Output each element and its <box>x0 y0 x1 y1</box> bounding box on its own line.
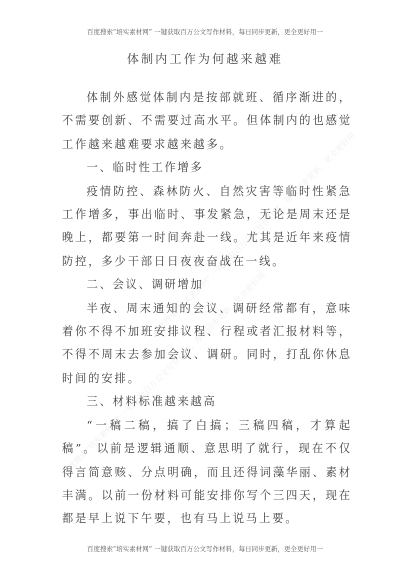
header-banner: 百度搜索“培实素材网” 一键获取百万公文写作材料，每日同步更新，更全更好用一 <box>0 27 410 36</box>
intro-paragraph: 体制外感觉体制内是按部就班、循序渐进的，不需要创新、不需要过高水平。但体制内的也… <box>62 86 352 156</box>
section-heading-3: 三、材料标准越来越高 <box>62 390 352 413</box>
section-body-1: 疫情防控、森林防火、自然灾害等临时性紧急工作增多，事出临时、事发紧急，无论是周末… <box>62 180 352 274</box>
section-heading-1: 一、临时性工作增多 <box>62 156 352 179</box>
document-page: 百度搜索“培实素材网” 一键获取百万公文写作材料，每日同步更新，更全更好用一 体… <box>0 0 410 580</box>
document-body: 体制外感觉体制内是按部就班、循序渐进的，不需要创新、不需要过高水平。但体制内的也… <box>62 86 352 531</box>
section-body-3: “一稿二稿，搞了白搞；三稿四稿，才算起稿”。以前是逻辑通顺、意思明了就行，现在不… <box>62 414 352 531</box>
section-body-2: 半夜、周末通知的会议、调研经常都有，意味着你不得不加班安排议程、行程或者汇报材料… <box>62 297 352 391</box>
document-title: 体制内工作为何越来越难 <box>0 50 410 67</box>
section-heading-2: 二、会议、调研增加 <box>62 273 352 296</box>
footer-banner: 百度搜索“培实素材网” 一键获取百万公文写作材料，每日同步更新，更全更好用一 <box>0 544 410 553</box>
